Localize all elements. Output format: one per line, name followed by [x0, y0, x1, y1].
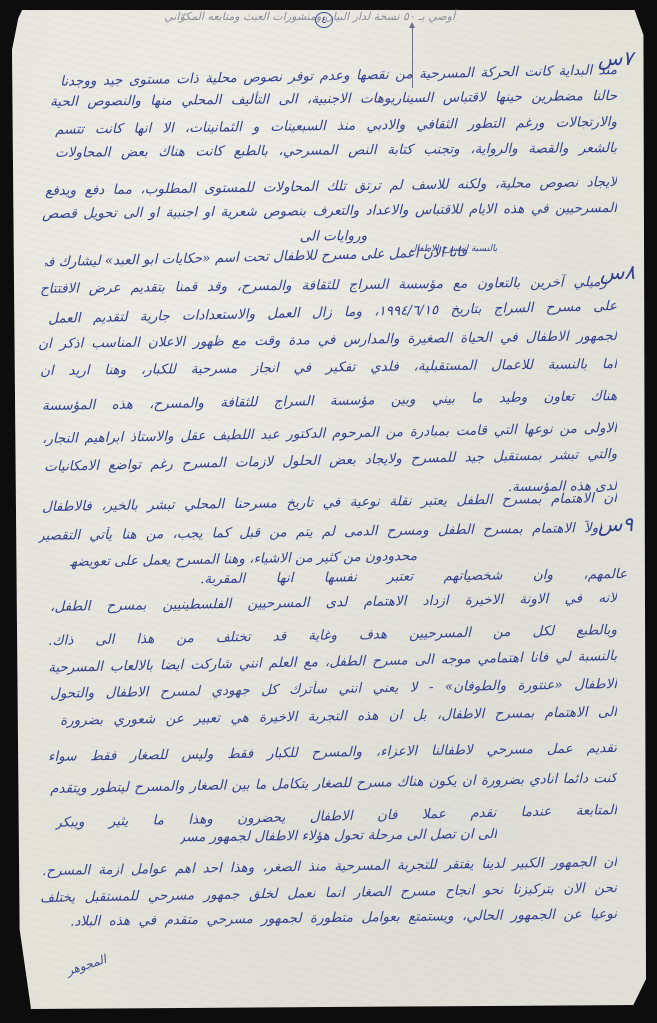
text-line: وروايات الى نصوص مسرحية. — [300, 228, 367, 245]
text-line: الى ان تصل الى مرحلة تحول هؤلاء الاطفال … — [180, 826, 497, 845]
margin-mark-q9: ٩س — [598, 514, 633, 534]
page-number-circle: ٤ — [315, 12, 333, 28]
